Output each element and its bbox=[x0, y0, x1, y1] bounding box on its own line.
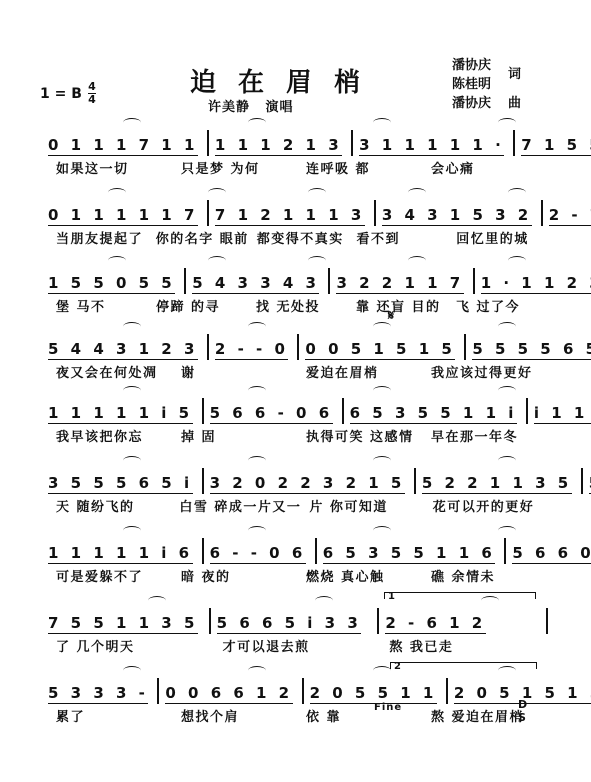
note-group: 2 - 6 1 2 bbox=[385, 614, 485, 634]
measure: 5 2 2 1 1 3 5 bbox=[414, 468, 581, 494]
measure: 1 1 1 2 1 3 bbox=[207, 130, 351, 156]
note-group: 0 1 1 1 1 1 7 bbox=[48, 206, 198, 226]
measure: 5 6 6 - 0 6 bbox=[202, 398, 342, 424]
notation-line: 0 1 1 1 1 1 77 1 2 1 1 1 33 4 3 1 5 3 22… bbox=[48, 200, 548, 226]
lyric-phrase: 都变得不真实 bbox=[249, 228, 349, 247]
lyric-phrase: 当朋友提起了 bbox=[48, 228, 148, 247]
lyrics-line: 夜又会在何处凋谢爱迫在眉梢我应该过得更好 bbox=[48, 362, 548, 381]
lyric-phrase: 靠 还盲 目的 bbox=[348, 296, 448, 315]
measure: 5 6 6 0 1 1 7 bbox=[504, 538, 591, 564]
slur-mark bbox=[208, 256, 226, 265]
note-group: 3 4 3 1 5 3 2 bbox=[382, 206, 532, 226]
note-group: 7 1 2 1 1 1 3 bbox=[215, 206, 365, 226]
lyrics-line: 天 随纷飞的白雪 碎成一片又一片 你可知道花可以开的更好 bbox=[48, 496, 548, 515]
composer-credit: 潘协庆 曲 bbox=[452, 94, 538, 113]
slur-mark bbox=[315, 596, 333, 605]
lyric-phrase: 连呼吸 都 bbox=[298, 158, 423, 177]
note-group: 3 1 1 1 1 1 · bbox=[359, 136, 504, 156]
slur-mark bbox=[208, 188, 226, 197]
lyric-phrase: 飞 过了今 bbox=[448, 296, 548, 315]
volta-number: 2 bbox=[394, 661, 401, 672]
lyric-phrase: 花可以开的更好 bbox=[425, 496, 548, 515]
staff-system: 1 1 1 1 1 i 55 6 6 - 0 66 5 3 5 5 1 1 ii… bbox=[48, 380, 548, 444]
lyric-phrase: 堡 马不 bbox=[48, 296, 148, 315]
key-signature: 1 = B 4 4 bbox=[40, 82, 96, 105]
note-group: 1 1 1 2 1 3 bbox=[215, 136, 342, 156]
measure: 0 0 5 1 5 1 5 bbox=[297, 334, 464, 360]
slur-mark bbox=[308, 256, 326, 265]
lyric-phrase: 白雪 碎成一片又一 bbox=[171, 496, 301, 515]
lyric-phrase: 我早该把你忘 bbox=[48, 426, 173, 445]
volta-number: 1 bbox=[388, 591, 395, 602]
notation-line: 7 5 5 1 1 3 55 6 6 5 i 3 32 - 6 1 2 bbox=[48, 608, 548, 634]
measure: 1 5 5 0 5 5 bbox=[48, 268, 184, 294]
measure: 3 2 2 1 1 7 bbox=[328, 268, 472, 294]
note-group: 3 2 0 2 2 3 2 1 5 bbox=[210, 474, 405, 494]
slur-mark bbox=[248, 118, 266, 127]
note-group: 1 1 1 1 1 i 5 bbox=[48, 404, 193, 424]
slur-mark bbox=[408, 188, 426, 197]
lyric-phrase: 爱迫在眉梢 bbox=[298, 362, 423, 381]
note-group: 0 0 5 1 5 1 5 bbox=[305, 340, 455, 360]
measure: 5 4 3 3 4 3 bbox=[184, 268, 328, 294]
slur-mark bbox=[508, 256, 526, 265]
fine-marking: Fine bbox=[374, 702, 402, 713]
lyric-phrase: 累了 bbox=[48, 706, 173, 725]
measure: 6 5 3 5 5 1 1 i bbox=[342, 398, 526, 424]
lyric-phrase: 会心痛 bbox=[423, 158, 548, 177]
note-group: 3 2 2 1 1 7 bbox=[336, 274, 463, 294]
measure: 1 1 1 1 1 i 5 bbox=[48, 398, 202, 424]
lyric-phrase: 燃烧 真心触 bbox=[298, 566, 423, 585]
note-group: 5 5 5 5 6 5 3 1 bbox=[472, 340, 591, 360]
slur-mark bbox=[308, 188, 326, 197]
lyric-phrase: 找 无处投 bbox=[248, 296, 348, 315]
note-group: 1 1 1 1 1 i 6 bbox=[48, 544, 193, 564]
note-group: 0 1 1 1 7 1 1 bbox=[48, 136, 198, 156]
staff-system: 3 5 5 5 6 5 i3 2 0 2 2 3 2 1 55 2 2 1 1 … bbox=[48, 450, 548, 514]
lyric-phrase: 了 几个明天 bbox=[48, 636, 215, 655]
staff-system: 7 5 5 1 1 3 55 6 6 5 i 3 32 - 6 1 2了 几个明… bbox=[48, 590, 548, 654]
staff-system: 0 1 1 1 7 1 11 1 1 2 1 33 1 1 1 1 1 ·7 1… bbox=[48, 112, 548, 176]
measure: 7 1 2 1 1 1 3 bbox=[207, 200, 374, 226]
lyric-phrase: 暗 夜的 bbox=[173, 566, 298, 585]
slur-mark bbox=[123, 526, 141, 535]
note-group: 5 4 3 3 4 3 bbox=[192, 274, 319, 294]
note-group: 5 6 6 0 1 1 7 bbox=[512, 544, 591, 564]
note-group: 1 · 1 1 2 3 1 bbox=[481, 274, 591, 294]
lyric-phrase: 你的名字 眼前 bbox=[148, 228, 249, 247]
note-group: 6 5 3 5 5 1 1 6 bbox=[323, 544, 496, 564]
lyric-phrase: 可是爱躲不了 bbox=[48, 566, 173, 585]
time-signature: 4 4 bbox=[88, 82, 96, 105]
slur-mark bbox=[108, 256, 126, 265]
slur-mark bbox=[123, 456, 141, 465]
note-group: 5 3 3 3 - bbox=[48, 684, 148, 704]
slur-mark bbox=[498, 456, 516, 465]
measure: 2 - 7 7 1 bbox=[541, 200, 591, 226]
lyric-phrase: 想找个肩 bbox=[173, 706, 298, 725]
measure: 3 1 1 1 1 1 · bbox=[351, 130, 513, 156]
staff-system: 0 1 1 1 1 1 77 1 2 1 1 1 33 4 3 1 5 3 22… bbox=[48, 182, 548, 246]
volta-bracket: 2 bbox=[390, 662, 537, 669]
slur-mark bbox=[498, 386, 516, 395]
lyric-phrase: 夜又会在何处凋 bbox=[48, 362, 173, 381]
slur-mark bbox=[408, 256, 426, 265]
slur-mark bbox=[373, 526, 391, 535]
measure: 6 - - 0 6 bbox=[202, 538, 315, 564]
measure: 3 4 3 1 5 3 2 bbox=[374, 200, 541, 226]
slur-mark bbox=[373, 456, 391, 465]
slur-mark bbox=[498, 322, 516, 331]
slur-mark bbox=[248, 666, 266, 675]
slur-mark bbox=[498, 118, 516, 127]
lyrics-line: 可是爱躲不了暗 夜的燃烧 真心触礁 余情未 bbox=[48, 566, 548, 585]
measure: 5 4 4 3 1 2 3 bbox=[48, 334, 207, 360]
staff-system: 1 1 1 1 1 i 66 - - 0 66 5 3 5 5 1 1 65 6… bbox=[48, 520, 548, 584]
lyric-phrase: 礁 余情未 bbox=[423, 566, 548, 585]
slur-mark bbox=[148, 596, 166, 605]
measure: 5 3 3 3 - bbox=[48, 678, 157, 704]
lyricist-credit: 潘协庆 陈桂明 词 bbox=[452, 56, 538, 94]
notation-line: 5 4 4 3 1 2 32 - - 00 0 5 1 5 1 55 5 5 5… bbox=[48, 334, 548, 360]
lyric-phrase: 熬 我已走 bbox=[381, 636, 548, 655]
slur-mark bbox=[508, 188, 526, 197]
note-group: 0 0 6 6 1 2 bbox=[165, 684, 292, 704]
measure: 5 6 6 5 i 3 3 bbox=[209, 608, 378, 634]
lyrics-line: 累了想找个肩依 靠熬 爱迫在眉梢 bbox=[48, 706, 548, 725]
slur-mark bbox=[123, 386, 141, 395]
measure: 0 0 6 6 1 2 bbox=[157, 678, 301, 704]
measure: 7 1 5 5 - bbox=[513, 130, 591, 156]
slur-mark bbox=[248, 322, 266, 331]
lyrics-line: 我早该把你忘掉 固执得可笑 这感情早在那一年冬 bbox=[48, 426, 548, 445]
lyric-phrase: 执得可笑 这感情 bbox=[298, 426, 423, 445]
slur-mark bbox=[248, 526, 266, 535]
measure: 1 1 1 1 1 i 6 bbox=[48, 538, 202, 564]
lyric-phrase: 如果这一切 bbox=[48, 158, 173, 177]
lyric-phrase: 才可以退去煎 bbox=[215, 636, 382, 655]
note-group: 5 6 6 5 i 3 3 bbox=[217, 614, 362, 634]
song-title: 迫在眉梢 bbox=[190, 62, 382, 99]
lyric-phrase: 谢 bbox=[173, 362, 298, 381]
lyric-phrase: 只是梦 为何 bbox=[173, 158, 298, 177]
lyric-phrase: 天 随纷飞的 bbox=[48, 496, 171, 515]
slur-mark bbox=[123, 322, 141, 331]
slur-mark bbox=[373, 386, 391, 395]
dal-segno-marking: D S bbox=[518, 698, 548, 724]
slur-mark bbox=[248, 456, 266, 465]
credits: 潘协庆 陈桂明 词 潘协庆 曲 bbox=[452, 56, 538, 113]
lyrics-line: 当朋友提起了你的名字 眼前都变得不真实看不到回忆里的城 bbox=[48, 228, 548, 247]
lyric-phrase: 我应该过得更好 bbox=[423, 362, 548, 381]
notation-line: 5 3 3 3 -0 0 6 6 1 22 0 5 5 1 12 0 5 1 5… bbox=[48, 678, 548, 704]
measure: 6 5 3 5 5 1 1 6 bbox=[315, 538, 505, 564]
lyrics-line: 了 几个明天才可以退去煎熬 我已走 bbox=[48, 636, 548, 655]
note-group: 3 5 5 5 6 5 i bbox=[48, 474, 193, 494]
note-group: 7 1 5 5 - bbox=[521, 136, 591, 156]
measure: 3 2 0 2 2 3 2 1 5 bbox=[202, 468, 414, 494]
note-group: 5 6 6 - 0 6 bbox=[210, 404, 333, 424]
lyrics-line: 如果这一切只是梦 为何连呼吸 都会心痛 bbox=[48, 158, 548, 177]
slur-mark bbox=[123, 118, 141, 127]
lyric-phrase: 看不到 bbox=[349, 228, 449, 247]
note-group: 6 - - 0 6 bbox=[210, 544, 306, 564]
note-group: 5 4 4 3 1 2 3 bbox=[48, 340, 198, 360]
note-group: 5 2 2 1 1 3 5 bbox=[422, 474, 572, 494]
measure: 5 5 5 5 6 5 3 1 bbox=[464, 334, 591, 360]
slur-mark bbox=[498, 526, 516, 535]
slur-mark bbox=[248, 386, 266, 395]
lyric-phrase: 停蹄 的寻 bbox=[148, 296, 248, 315]
measure: 2 0 5 5 1 1 bbox=[302, 678, 446, 704]
lyrics-line: 堡 马不停蹄 的寻找 无处投靠 还盲 目的飞 过了今 bbox=[48, 296, 548, 315]
notation-line: 1 5 5 0 5 55 4 3 3 4 33 2 2 1 1 71 · 1 1… bbox=[48, 268, 548, 294]
note-group: i 1 1 1 1 1 3 bbox=[534, 404, 591, 424]
volta-bracket: 1 bbox=[384, 592, 536, 599]
key-label: 1 = B bbox=[40, 86, 82, 102]
lyric-phrase: 早在那一年冬 bbox=[423, 426, 548, 445]
note-group: 2 - - 0 bbox=[215, 340, 289, 360]
measure: 0 1 1 1 7 1 1 bbox=[48, 130, 207, 156]
notation-line: 0 1 1 1 7 1 11 1 1 2 1 33 1 1 1 1 1 ·7 1… bbox=[48, 130, 548, 156]
measure: i 1 1 1 1 1 3 bbox=[526, 398, 591, 424]
measure: 0 1 1 1 1 1 7 bbox=[48, 200, 207, 226]
staff-system: 5 4 4 3 1 2 32 - - 00 0 5 1 5 1 55 5 5 5… bbox=[48, 316, 548, 380]
note-group: 7 5 5 1 1 3 5 bbox=[48, 614, 198, 634]
slur-mark bbox=[108, 188, 126, 197]
measure: 5 5 5 5 6 5 3 1 bbox=[581, 468, 591, 494]
notation-line: 3 5 5 5 6 5 i3 2 0 2 2 3 2 1 55 2 2 1 1 … bbox=[48, 468, 548, 494]
lyric-phrase: 片 你可知道 bbox=[301, 496, 424, 515]
note-group: 2 0 5 5 1 1 bbox=[310, 684, 437, 704]
slur-mark bbox=[373, 666, 391, 675]
lyric-phrase: 掉 固 bbox=[173, 426, 298, 445]
measure: 1 · 1 1 2 3 1 bbox=[473, 268, 591, 294]
segno-icon: 𝄋 bbox=[388, 308, 394, 324]
staff-system: 1 5 5 0 5 55 4 3 3 4 33 2 2 1 1 71 · 1 1… bbox=[48, 250, 548, 314]
measure: 2 - 6 1 2 bbox=[377, 608, 548, 634]
slur-mark bbox=[123, 666, 141, 675]
notation-line: 1 1 1 1 1 i 66 - - 0 66 5 3 5 5 1 1 65 6… bbox=[48, 538, 548, 564]
slur-mark bbox=[373, 118, 391, 127]
note-group: 2 - 7 7 1 bbox=[549, 206, 591, 226]
measure: 2 - - 0 bbox=[207, 334, 298, 360]
measure: 7 5 5 1 1 3 5 bbox=[48, 608, 209, 634]
lyric-phrase: 依 靠 bbox=[298, 706, 423, 725]
measure: 3 5 5 5 6 5 i bbox=[48, 468, 202, 494]
note-group: 6 5 3 5 5 1 1 i bbox=[350, 404, 517, 424]
note-group: 1 5 5 0 5 5 bbox=[48, 274, 175, 294]
notation-line: 1 1 1 1 1 i 55 6 6 - 0 66 5 3 5 5 1 1 ii… bbox=[48, 398, 548, 424]
lyric-phrase: 回忆里的城 bbox=[448, 228, 548, 247]
staff-system: 5 3 3 3 -0 0 6 6 1 22 0 5 5 1 12 0 5 1 5… bbox=[48, 660, 548, 724]
